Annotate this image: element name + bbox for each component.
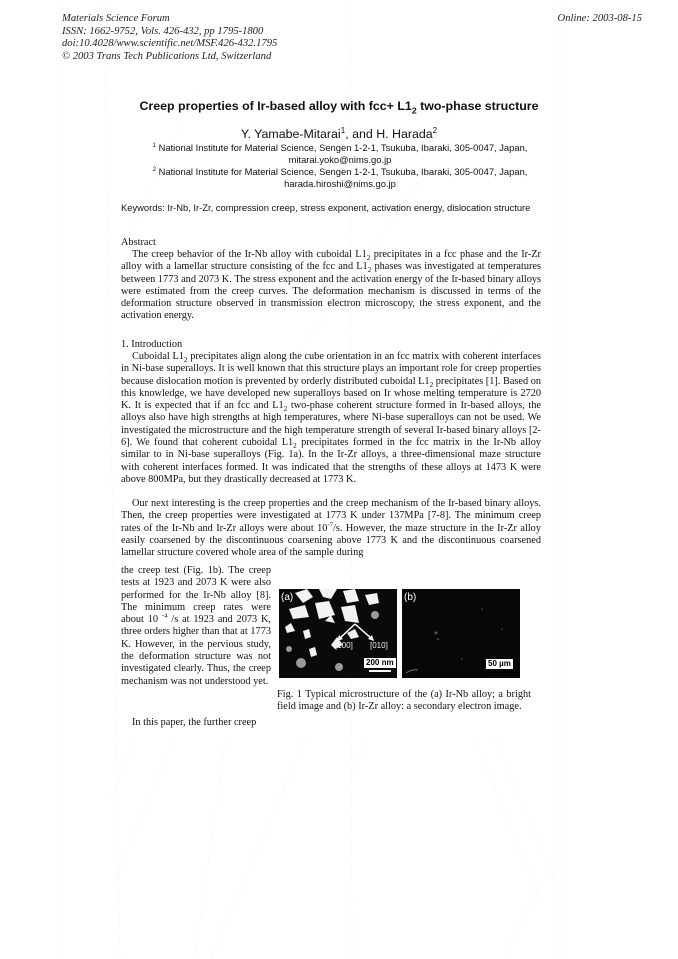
affiliation-2: 2 National Institute for Material Scienc… — [118, 166, 562, 190]
scale-bar-label-b: 50 µm — [486, 659, 513, 669]
affiliation-1-text: National Institute for Material Science,… — [156, 142, 527, 153]
panel-a-label: (a) — [281, 592, 293, 603]
figure-1-caption: Fig. 1 Typical microstructure of the (a)… — [277, 689, 531, 714]
introduction-paragraph-3: In this paper, the further creep — [121, 717, 271, 729]
body-text: Cuboidal L1 — [132, 351, 184, 362]
keywords: Keywords: Ir-Nb, Ir-Zr, compression cree… — [121, 202, 541, 214]
scale-bar-label-a: 200 nm — [364, 658, 396, 668]
affiliation-2-text: National Institute for Material Science,… — [156, 166, 527, 177]
title-text-end: two-phase structure — [417, 99, 539, 113]
scale-bar-a — [369, 670, 391, 672]
doi-line: doi:10.4028/www.scientific.net/MSF.426-4… — [62, 38, 277, 51]
figure-1a-micrograph: (a) [100] [010] 200 nm — [279, 589, 397, 678]
issn-line: ISSN: 1662-9752, Vols. 426-432, pp 1795-… — [62, 26, 277, 39]
scale-bar-b — [488, 671, 518, 673]
copyright-line: © 2003 Trans Tech Publications Ltd, Swit… — [62, 51, 277, 64]
author-2: , and H. Harada — [345, 127, 432, 141]
figure-1b-micrograph: (b) 50 µm — [402, 589, 520, 678]
direction-010-label: [010] — [370, 641, 388, 650]
abstract-heading: Abstract — [121, 237, 156, 248]
abstract-text: The creep behavior of the Ir-Nb alloy wi… — [132, 249, 367, 260]
author-2-sup: 2 — [433, 126, 437, 135]
author-1: Y. Yamabe-Mitarai — [241, 127, 341, 141]
direction-100-label: [100] — [335, 641, 353, 650]
introduction-wrap-column: the creep test (Fig. 1b). The creep test… — [121, 565, 271, 688]
title-text: Creep properties of Ir-based alloy with … — [139, 99, 411, 113]
panel-b-label: (b) — [404, 592, 416, 603]
affiliation-2-email[interactable]: harada.hiroshi@nims.go.jp — [284, 178, 396, 189]
journal-header: Materials Science Forum ISSN: 1662-9752,… — [62, 13, 277, 63]
paper-title: Creep properties of Ir-based alloy with … — [0, 99, 678, 113]
online-date: Online: 2003-08-15 — [558, 13, 642, 24]
journal-name: Materials Science Forum — [62, 13, 277, 26]
abstract-body: The creep behavior of the Ir-Nb alloy wi… — [121, 249, 541, 323]
introduction-heading: 1. Introduction — [121, 339, 182, 350]
introduction-paragraph-2: Our next interesting is the creep proper… — [121, 498, 541, 559]
authors: Y. Yamabe-Mitarai1, and H. Harada2 — [0, 127, 678, 141]
figure-1: (a) [100] [010] 200 nm (b) 50 µm — [279, 589, 516, 678]
affiliation-1: 1 National Institute for Material Scienc… — [118, 142, 562, 166]
affiliation-1-email[interactable]: mitarai.yoko@nims.go.jp — [289, 154, 392, 165]
introduction-paragraph-1: Cuboidal L12 precipitates align along th… — [121, 351, 541, 486]
